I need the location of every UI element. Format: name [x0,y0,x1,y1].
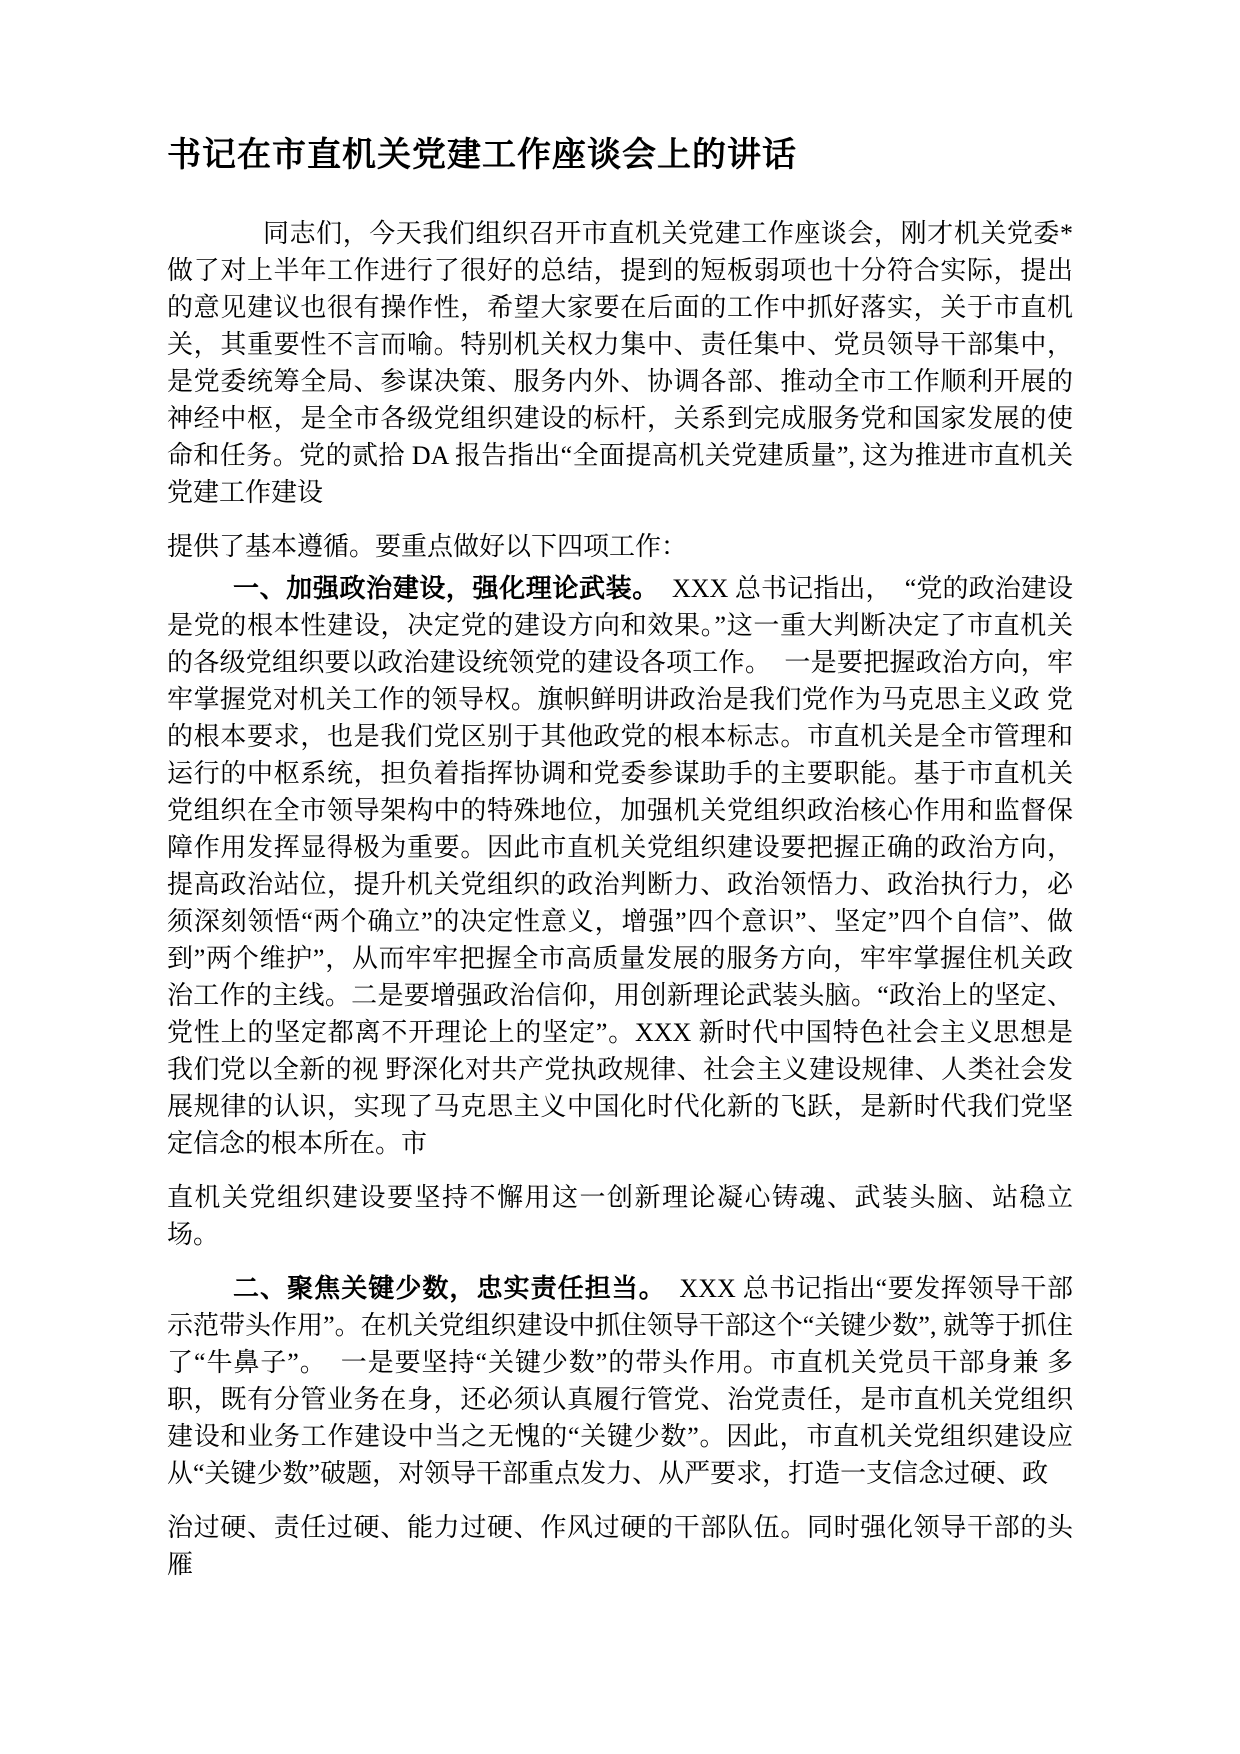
paragraph-section-2-continuation: 治过硬、责任过硬、能力过硬、作风过硬的干部队伍。同时强化领导干部的头雁 [167,1509,1073,1583]
paragraph-text: XXX 总书记指出， “党的政治建设是党的根本性建设，决定党的建设方向和效果。”… [167,574,1073,1158]
paragraph-text: 直机关党组织建设要坚持不懈用这一创新理论凝心铸魂、武装头脑、站稳立场。 [167,1183,1073,1249]
paragraph-opening: 同志们，今天我们组织召开市直机关党建工作座谈会，刚才机关党委*做了对上半年工作进… [167,215,1073,511]
section-1-heading: 一、加强政治建设，强化理论武装。 [233,573,646,603]
paragraph-text: 治过硬、责任过硬、能力过硬、作风过硬的干部队伍。同时强化领导干部的头雁 [167,1513,1073,1579]
document-title: 书记在市直机关党建工作座谈会上的讲话 [167,133,1073,179]
document-page: 书记在市直机关党建工作座谈会上的讲话 同志们，今天我们组织召开市直机关党建工作座… [0,0,1240,1754]
paragraph-section-2: 二、聚焦关键少数，忠实责任担当。 XXX 总书记指出“要发挥领导干部示范带头作用… [167,1270,1073,1492]
paragraph-section-1-continuation: 直机关党组织建设要坚持不懈用这一创新理论凝心铸魂、武装头脑、站稳立场。 [167,1179,1073,1253]
paragraph-text: 提供了基本遵循。要重点做好以下四项工作： [167,532,687,561]
paragraph-transition: 提供了基本遵循。要重点做好以下四项工作： [167,528,1073,565]
paragraph-text: XXX 总书记指出“要发挥领导干部示范带头作用”。在机关党组织建设中抓住领导干部… [167,1274,1073,1488]
section-2-heading: 二、聚焦关键少数，忠实责任担当。 [233,1273,653,1303]
paragraph-section-1: 一、加强政治建设，强化理论武装。 XXX 总书记指出， “党的政治建设是党的根本… [167,570,1073,1162]
paragraph-text: 同志们，今天我们组织召开市直机关党建工作座谈会，刚才机关党委*做了对上半年工作进… [167,219,1073,507]
